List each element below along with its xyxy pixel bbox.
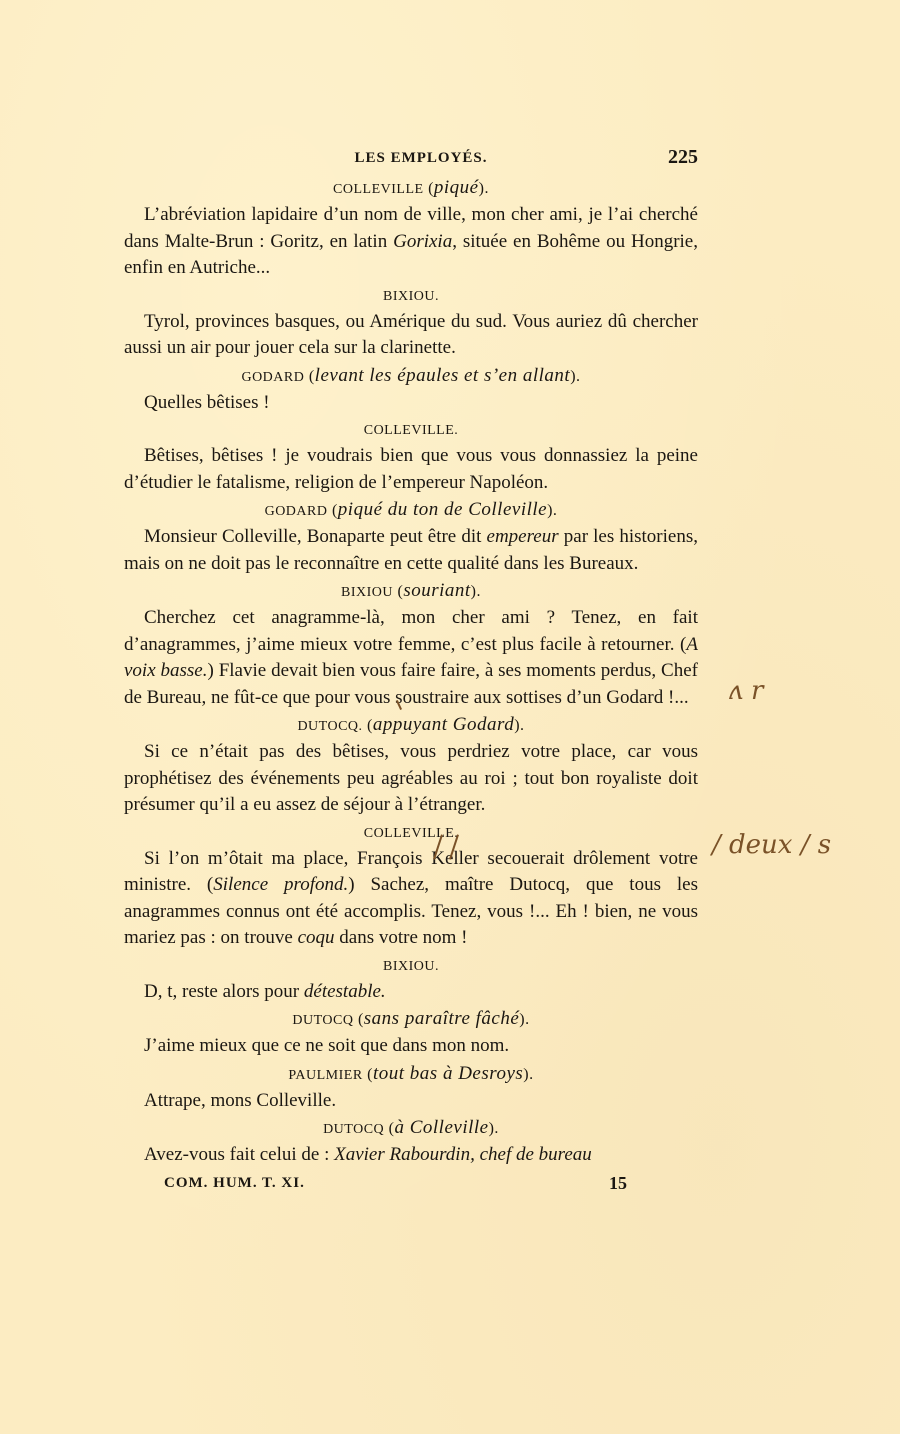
text-run: ) Flavie devait bien vous faire faire, à… [124, 660, 698, 708]
text-run: Quelles bêtises ! [144, 392, 270, 413]
speaker-heading: DUTOCQ (sans paraître fâché). [124, 1007, 698, 1033]
signature-number: 15 [609, 1173, 627, 1194]
stage-direction: appuyant Godard [373, 714, 514, 735]
speaker-heading: COLLEVILLE (piqué). [124, 176, 698, 202]
running-head: LES EMPLOYÉS. 225 [124, 144, 698, 174]
page-content: COLLEVILLE (piqué).L’abréviation lapidai… [124, 176, 698, 1169]
stage-direction: souriant [403, 580, 470, 601]
page-footer: COM. HUM. T. XI. 15 [124, 1171, 698, 1197]
text-run: Bêtises, bêtises ! je voudrais bien que … [124, 445, 698, 493]
dialogue-paragraph: J’aime mieux que ce ne soit que dans mon… [124, 1033, 698, 1060]
text-run: D, t, reste alors pour [144, 981, 304, 1002]
dialogue-paragraph: Attrape, mons Colleville. [124, 1088, 698, 1115]
dialogue-paragraph: L’abréviation lapidaire d’un nom de vill… [124, 202, 698, 282]
stage-direction: à Colleville [394, 1117, 488, 1138]
speaker-heading: GODARD (levant les épaules et s’en allan… [124, 364, 698, 390]
stage-direction: tout bas à Desroys [373, 1063, 523, 1084]
stage-direction: sans paraître fâché [364, 1008, 520, 1029]
speaker-name: COLLEVILLE. [364, 423, 459, 438]
speaker-heading: PAULMIER (tout bas à Desroys). [124, 1062, 698, 1088]
text-run: dans votre nom ! [335, 927, 468, 948]
speaker-name: DUTOCQ [292, 1013, 353, 1028]
speaker-heading: GODARD (piqué du ton de Colleville). [124, 498, 698, 524]
page-number: 225 [668, 146, 698, 169]
speaker-name: GODARD [265, 504, 328, 519]
dialogue-paragraph: Quelles bêtises ! [124, 390, 698, 417]
speaker-name: BIXIOU. [383, 289, 439, 304]
speaker-name: BIXIOU. [383, 959, 439, 974]
margin-annotation-caret-r: ʌ r [728, 676, 763, 706]
speaker-name: BIXIOU [341, 585, 393, 600]
speaker-heading: COLLEVILLE. [124, 418, 698, 443]
italic-run: détestable. [304, 981, 386, 1002]
speaker-heading: BIXIOU. [124, 284, 698, 309]
dialogue-paragraph: Monsieur Colleville, Bonaparte peut être… [124, 524, 698, 577]
speaker-name: DUTOCQ [323, 1122, 384, 1137]
speaker-name: GODARD [241, 370, 304, 385]
italic-run: Silence profond. [213, 874, 348, 895]
speaker-name: COLLEVILLE [333, 182, 424, 197]
speaker-heading: DUTOCQ (à Colleville). [124, 1116, 698, 1142]
signature-mark: COM. HUM. T. XI. [164, 1175, 305, 1192]
dialogue-paragraph: Cherchez cet anagramme-là, mon cher ami … [124, 605, 698, 711]
speaker-heading: BIXIOU (souriant). [124, 579, 698, 605]
text-run: Si ce n’était pas des bêtises, vous perd… [124, 741, 698, 815]
dialogue-paragraph: D, t, reste alors pour détestable. [124, 979, 698, 1006]
text-run: J’aime mieux que ce ne soit que dans mon… [144, 1035, 509, 1056]
italic-run: Xavier Rabourdin, chef de bureau [334, 1144, 592, 1165]
book-page: LES EMPLOYÉS. 225 COLLEVILLE (piqué).L’a… [0, 0, 900, 1434]
text-run: Monsieur Colleville, Bonaparte peut être… [144, 526, 487, 547]
running-title: LES EMPLOYÉS. [124, 150, 698, 167]
dialogue-paragraph: Bêtises, bêtises ! je voudrais bien que … [124, 443, 698, 496]
dialogue-paragraph: Si l’on m’ôtait ma place, François Kelle… [124, 846, 698, 952]
italic-run: Gorixia [393, 231, 452, 252]
dialogue-paragraph: Si ce n’était pas des bêtises, vous perd… [124, 739, 698, 819]
italic-run: empereur [487, 526, 559, 547]
speaker-heading: BIXIOU. [124, 954, 698, 979]
text-run: Cherchez cet anagramme-là, mon cher ami … [124, 607, 698, 655]
speaker-heading: COLLEVILLE. [124, 821, 698, 846]
dialogue-paragraph: Avez-vous fait celui de : Xavier Rabourd… [124, 1142, 698, 1169]
text-run: Avez-vous fait celui de : [144, 1144, 334, 1165]
margin-annotation-deux: / deux / s [712, 830, 831, 860]
stage-direction: piqué du ton de Colleville [338, 499, 547, 520]
italic-run: coqu [298, 927, 335, 948]
stage-direction: levant les épaules et s’en allant [315, 365, 571, 386]
speaker-name: PAULMIER [288, 1068, 362, 1083]
speaker-name: DUTOCQ. [297, 719, 362, 734]
text-block: LES EMPLOYÉS. 225 COLLEVILLE (piqué).L’a… [124, 144, 698, 1197]
stage-direction: piqué [434, 177, 479, 198]
speaker-name: COLLEVILLE. [364, 826, 459, 841]
text-run: Tyrol, provinces basques, ou Amérique du… [124, 311, 698, 359]
speaker-heading: DUTOCQ. (appuyant Godard). [124, 713, 698, 739]
text-run: Attrape, mons Colleville. [144, 1090, 336, 1111]
dialogue-paragraph: Tyrol, provinces basques, ou Amérique du… [124, 309, 698, 362]
